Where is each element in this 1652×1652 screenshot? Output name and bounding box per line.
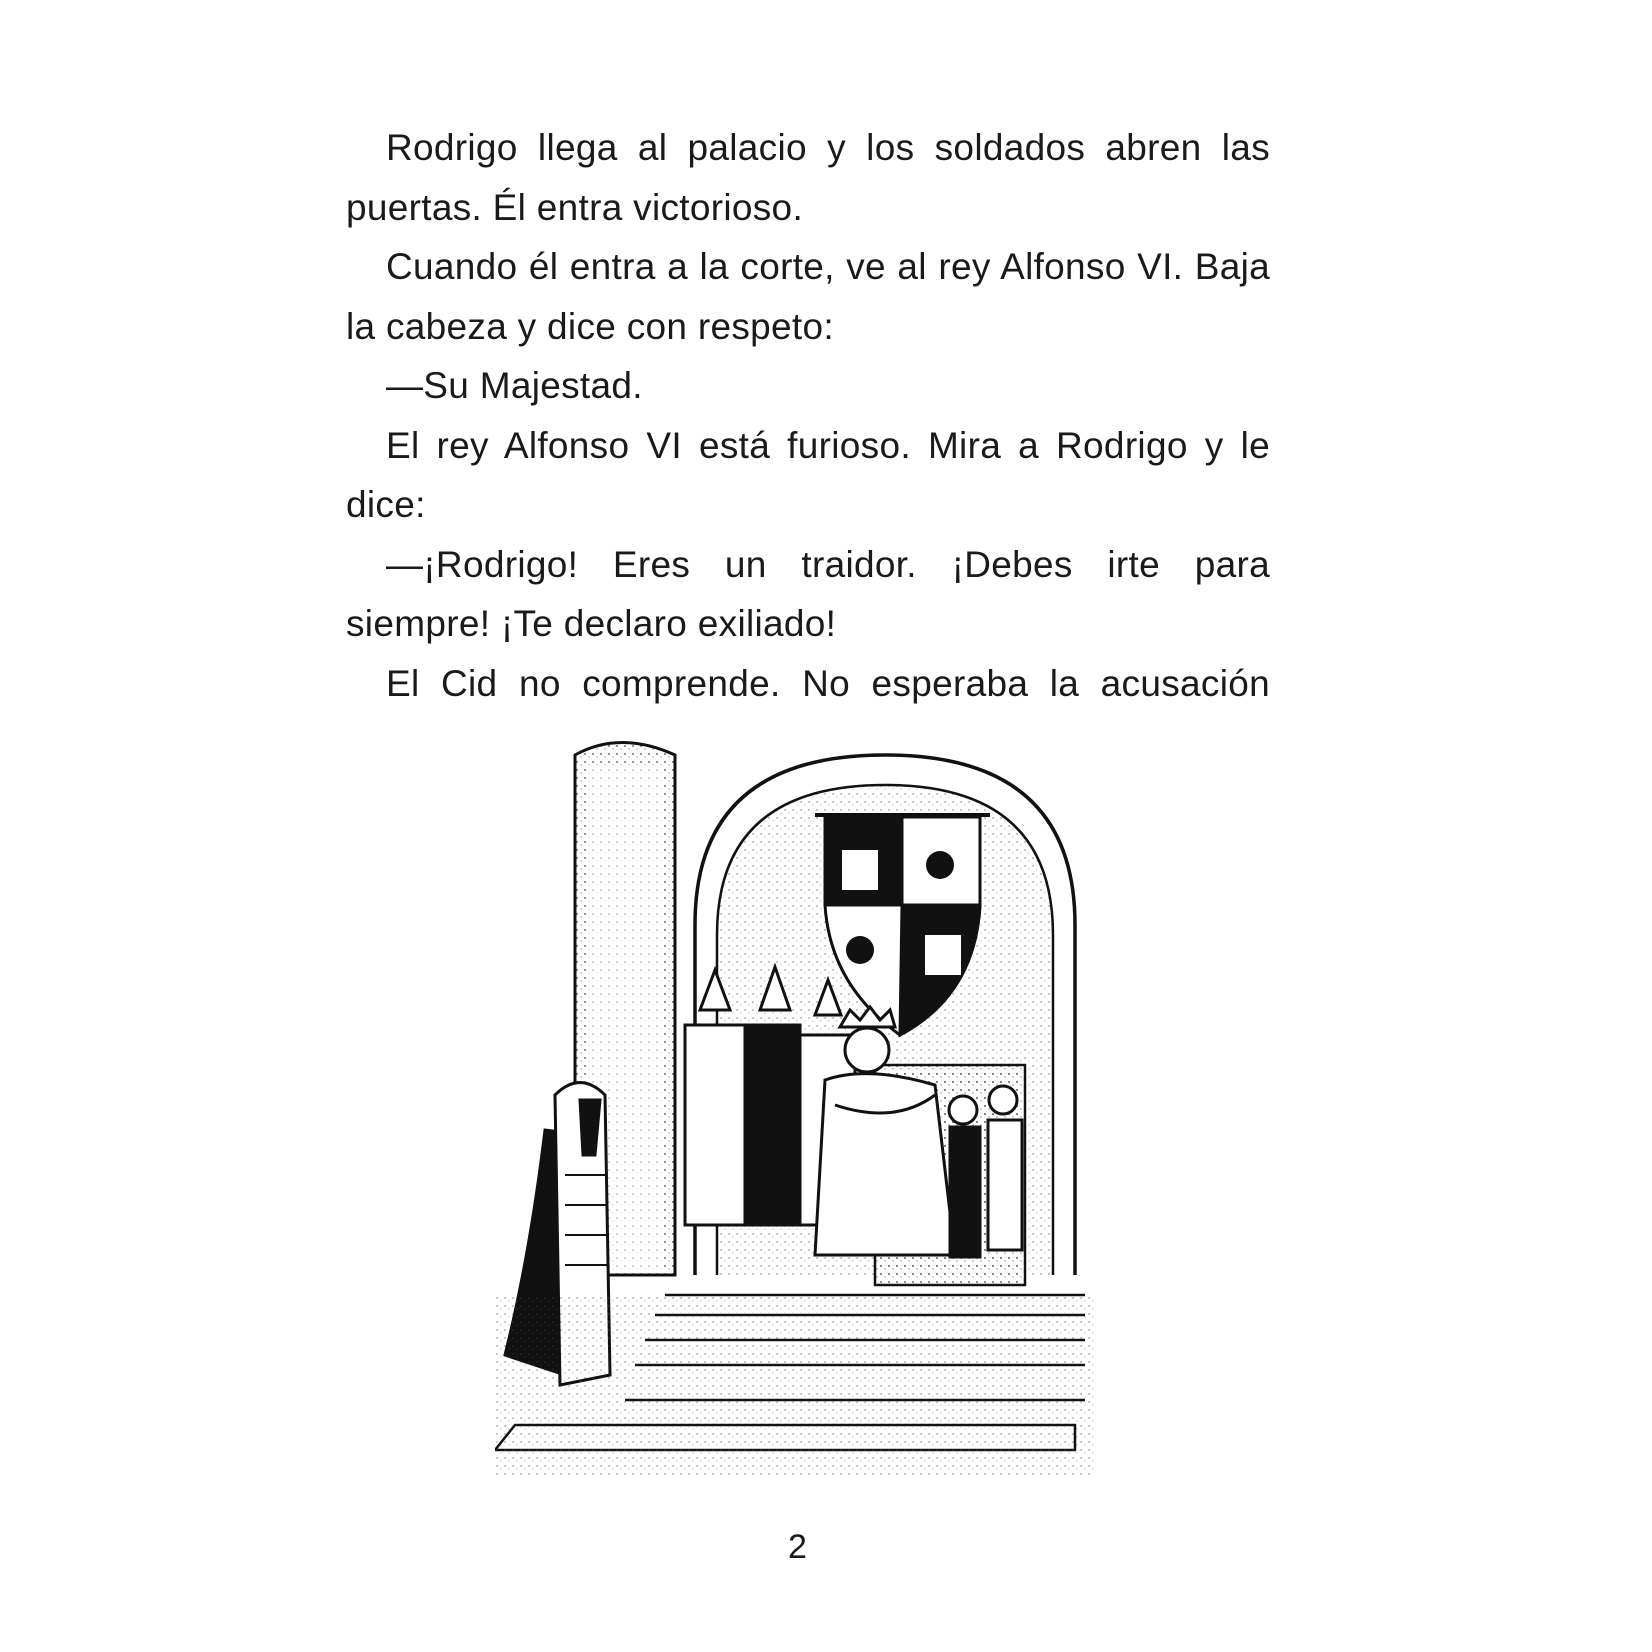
paragraph-5: —¡Rodrigo! Eres un traidor. ¡Debes irte … (346, 535, 1270, 654)
paragraph-3: —Su Majestad. (346, 356, 1270, 416)
throne-steps (495, 1295, 1095, 1475)
page-number: 2 (788, 1528, 807, 1567)
paragraph-6: El Cid no comprende. No esperaba la acus… (346, 654, 1270, 714)
paragraph-4: El rey Alfonso VI está furioso. Mira a R… (346, 416, 1270, 535)
story-text: Rodrigo llega al palacio y los soldados … (346, 118, 1270, 713)
throne-room-illustration (495, 735, 1215, 1525)
paragraph-1: Rodrigo llega al palacio y los soldados … (346, 118, 1270, 237)
paragraph-2: Cuando él entra a la corte, ve al rey Al… (346, 237, 1270, 356)
